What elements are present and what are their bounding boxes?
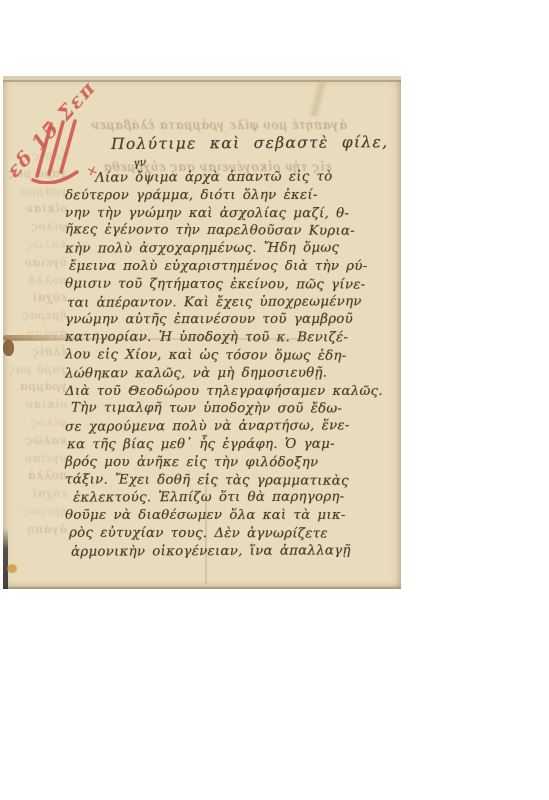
showthrough-fragment: ἀγάπη <box>5 522 67 536</box>
showthrough-fragment: πολλὰ <box>5 273 67 287</box>
page-bottom-edge <box>3 587 401 589</box>
showthrough-fragment: γράμμα <box>5 379 67 393</box>
handwriting-line: κα τῆς βίας μεθ᾽ ἧς ἐγράφη. Ὁ γαμ- <box>67 437 335 452</box>
handwriting-line: ται ἀπέραντον. Καὶ ἔχεις ὑποχρεωμένην <box>67 294 362 311</box>
handwriting-line: ἔμεινα πολὺ εὐχαριστημένος διὰ τὴν ρύ- <box>69 259 367 274</box>
showthrough-fragment: ἡμέρας <box>5 504 67 518</box>
handwriting-line: σε χαρούμενα πολὺ νὰ ἀναρτήσω, ἕνε- <box>65 418 350 434</box>
showthrough-fragment: καλῶς <box>5 237 67 251</box>
showthrough-fragment: εὐχαὶ <box>5 290 67 304</box>
handwriting-line: λώθηκαν καλῶς, νὰ μὴ δημοσιευθῇ. <box>65 365 327 381</box>
showthrough-line: ἀγαπητὲ μου φίλε γράμματα ἐλάβαμεν <box>91 118 347 132</box>
ink-flourish: γν <box>132 155 147 170</box>
handwriting-line: κὴν πολὺ ἀσχοχαρημένως. Ἤδη ὅμως <box>65 241 339 257</box>
handwriting-line: λου εἰς Χίον, καὶ ὡς τόσον ὅμως ἐδη- <box>65 347 347 363</box>
handwriting-line: θοῦμε νὰ διαθέσωμεν ὅλα καὶ τὰ μικ- <box>65 508 346 523</box>
handwriting-line: κατηγορίαν. Ἡ ὑποδοχὴ τοῦ κ. Βενιζέ- <box>65 330 348 345</box>
handwriting-line: ἁρμονικὴν οἰκογένειαν, ἵνα ἀπαλλαγῇ <box>71 543 351 559</box>
showthrough-fragment: ὑγείαν <box>5 255 67 269</box>
salutation-line: Πολύτιμε καὶ σεβαστὲ φίλε, <box>111 133 388 153</box>
showthrough-fragment: πολλὰ <box>5 468 67 482</box>
red-monogram-scribble <box>27 116 87 184</box>
handwriting-line: βρός μου ἀνῆκε εἰς τὴν φιλόδοξην <box>65 455 318 470</box>
handwriting-line: ῆκες ἐγένοντο τὴν παρελθοῦσαν Κυρια- <box>65 223 355 240</box>
showthrough-fragment: φίλος <box>5 415 67 429</box>
letter-page: ἀγαπητὲ μου φίλε γράμματα ἐλάβαμεν εἰς τ… <box>3 76 401 589</box>
handwriting-line: γνώμην αὐτῆς ἐπαινέσουν τοῦ γαμβροῦ <box>65 312 353 328</box>
handwriting-line: θμισιν τοῦ ζητήματος ἐκείνου, πῶς γίνε- <box>65 276 366 292</box>
handwriting-line: τάξιν. Ἔχει δοθῆ εἰς τὰς γραμματικὰς <box>65 472 349 488</box>
showthrough-fragment: οἰκίαν <box>5 201 67 215</box>
showthrough-fragment: ὑγείαν <box>5 451 67 465</box>
handwriting-line: δεύτερον γράμμα, διότι ὅλην ἐκεί- <box>65 188 318 203</box>
showthrough-fragment: γράμμα <box>5 184 67 198</box>
handwriting-line: Διὰ τοῦ Θεοδώρου τηλεγραφήσαμεν καλῶς. <box>65 384 383 399</box>
handwriting-line: Λίαν ὄψιμα ἀρχὰ ἀπαντῶ εἰς τὸ <box>95 169 333 185</box>
showthrough-fragment: καλῶς <box>5 433 67 447</box>
showthrough-fragment: χαρὰ μας <box>5 362 67 376</box>
showthrough-fragment: ἀγάπη <box>5 326 67 340</box>
showthrough-fragment: ἐλπὶς <box>5 344 67 358</box>
showthrough-fragment: εὐχαὶ <box>5 486 67 500</box>
handwriting-line: ρὸς εὐτυχίαν τους. Δὲν ἀγνωρίζετε <box>69 526 328 542</box>
handwriting-line: ἐκλεκτούς. Ἐλπίζω ὅτι θὰ παρηγορη- <box>73 490 344 506</box>
handwriting-line: Τὴν τιμαλφῆ των ὑποδοχὴν σοῦ ἔδω- <box>71 401 342 417</box>
corner-crease <box>243 82 393 116</box>
showthrough-fragment: οἰκίαν <box>5 397 67 411</box>
showthrough-fragment: ἡμέρας <box>5 308 67 322</box>
stain-dot <box>7 564 17 573</box>
handwriting-line: νην τὴν γνώμην καὶ ἀσχολίας μαζί, θ- <box>65 205 349 220</box>
page-left-edge-shadow <box>3 528 8 589</box>
showthrough-fragment: φίλος <box>5 219 67 233</box>
scan-background: ἀγαπητὲ μου φίλε γράμματα ἐλάβαμεν εἰς τ… <box>0 0 549 800</box>
